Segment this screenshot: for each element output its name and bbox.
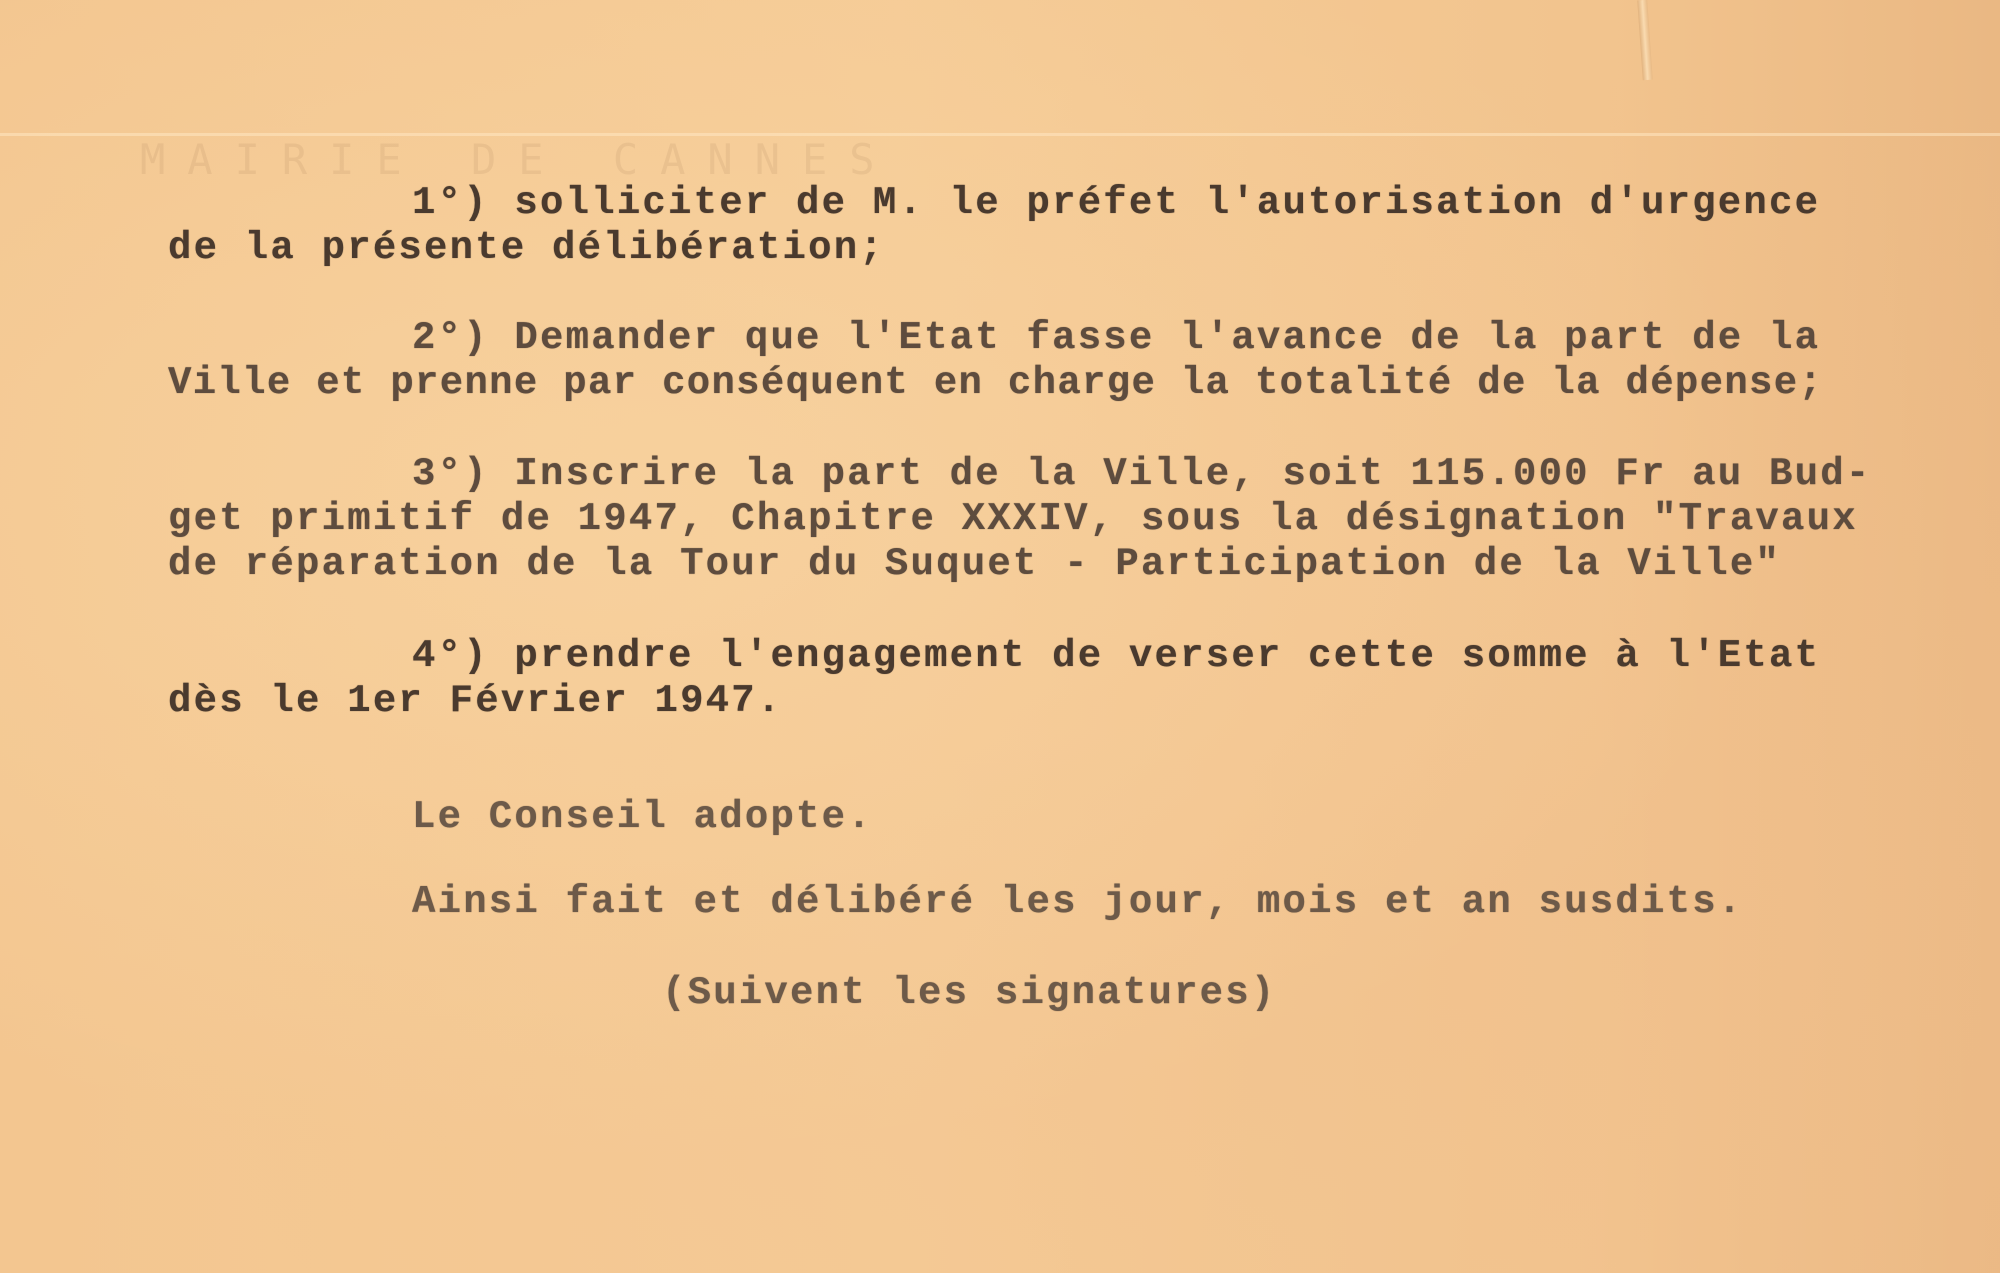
- closing-formula: Ainsi fait et délibéré les jour, mois et…: [412, 880, 1743, 925]
- paper-crease: [1637, 0, 1653, 80]
- signatures-note: (Suivent les signatures): [662, 971, 1277, 1016]
- item-4-line-2: dès le 1er Février 1947.: [168, 679, 783, 724]
- item-2-line-2: Ville et prenne par conséquent en charge…: [168, 361, 1823, 406]
- scanned-document-page: MAIRIE DE CANNES 1°) solliciter de M. le…: [0, 0, 2000, 1273]
- item-3-line-3: de réparation de la Tour du Suquet - Par…: [168, 542, 1781, 587]
- item-4-line-1: 4°) prendre l'engagement de verser cette…: [412, 634, 1820, 679]
- bleed-through-heading: MAIRIE DE CANNES: [140, 135, 897, 184]
- item-1-line-1: 1°) solliciter de M. le préfet l'autoris…: [412, 181, 1820, 226]
- item-2-line-1: 2°) Demander que l'Etat fasse l'avance d…: [412, 316, 1820, 361]
- item-3-line-1: 3°) Inscrire la part de la Ville, soit 1…: [412, 452, 1871, 497]
- item-3-line-2: get primitif de 1947, Chapitre XXXIV, so…: [168, 497, 1858, 542]
- council-adoption: Le Conseil adopte.: [412, 795, 873, 840]
- item-1-line-2: de la présente délibération;: [168, 226, 885, 271]
